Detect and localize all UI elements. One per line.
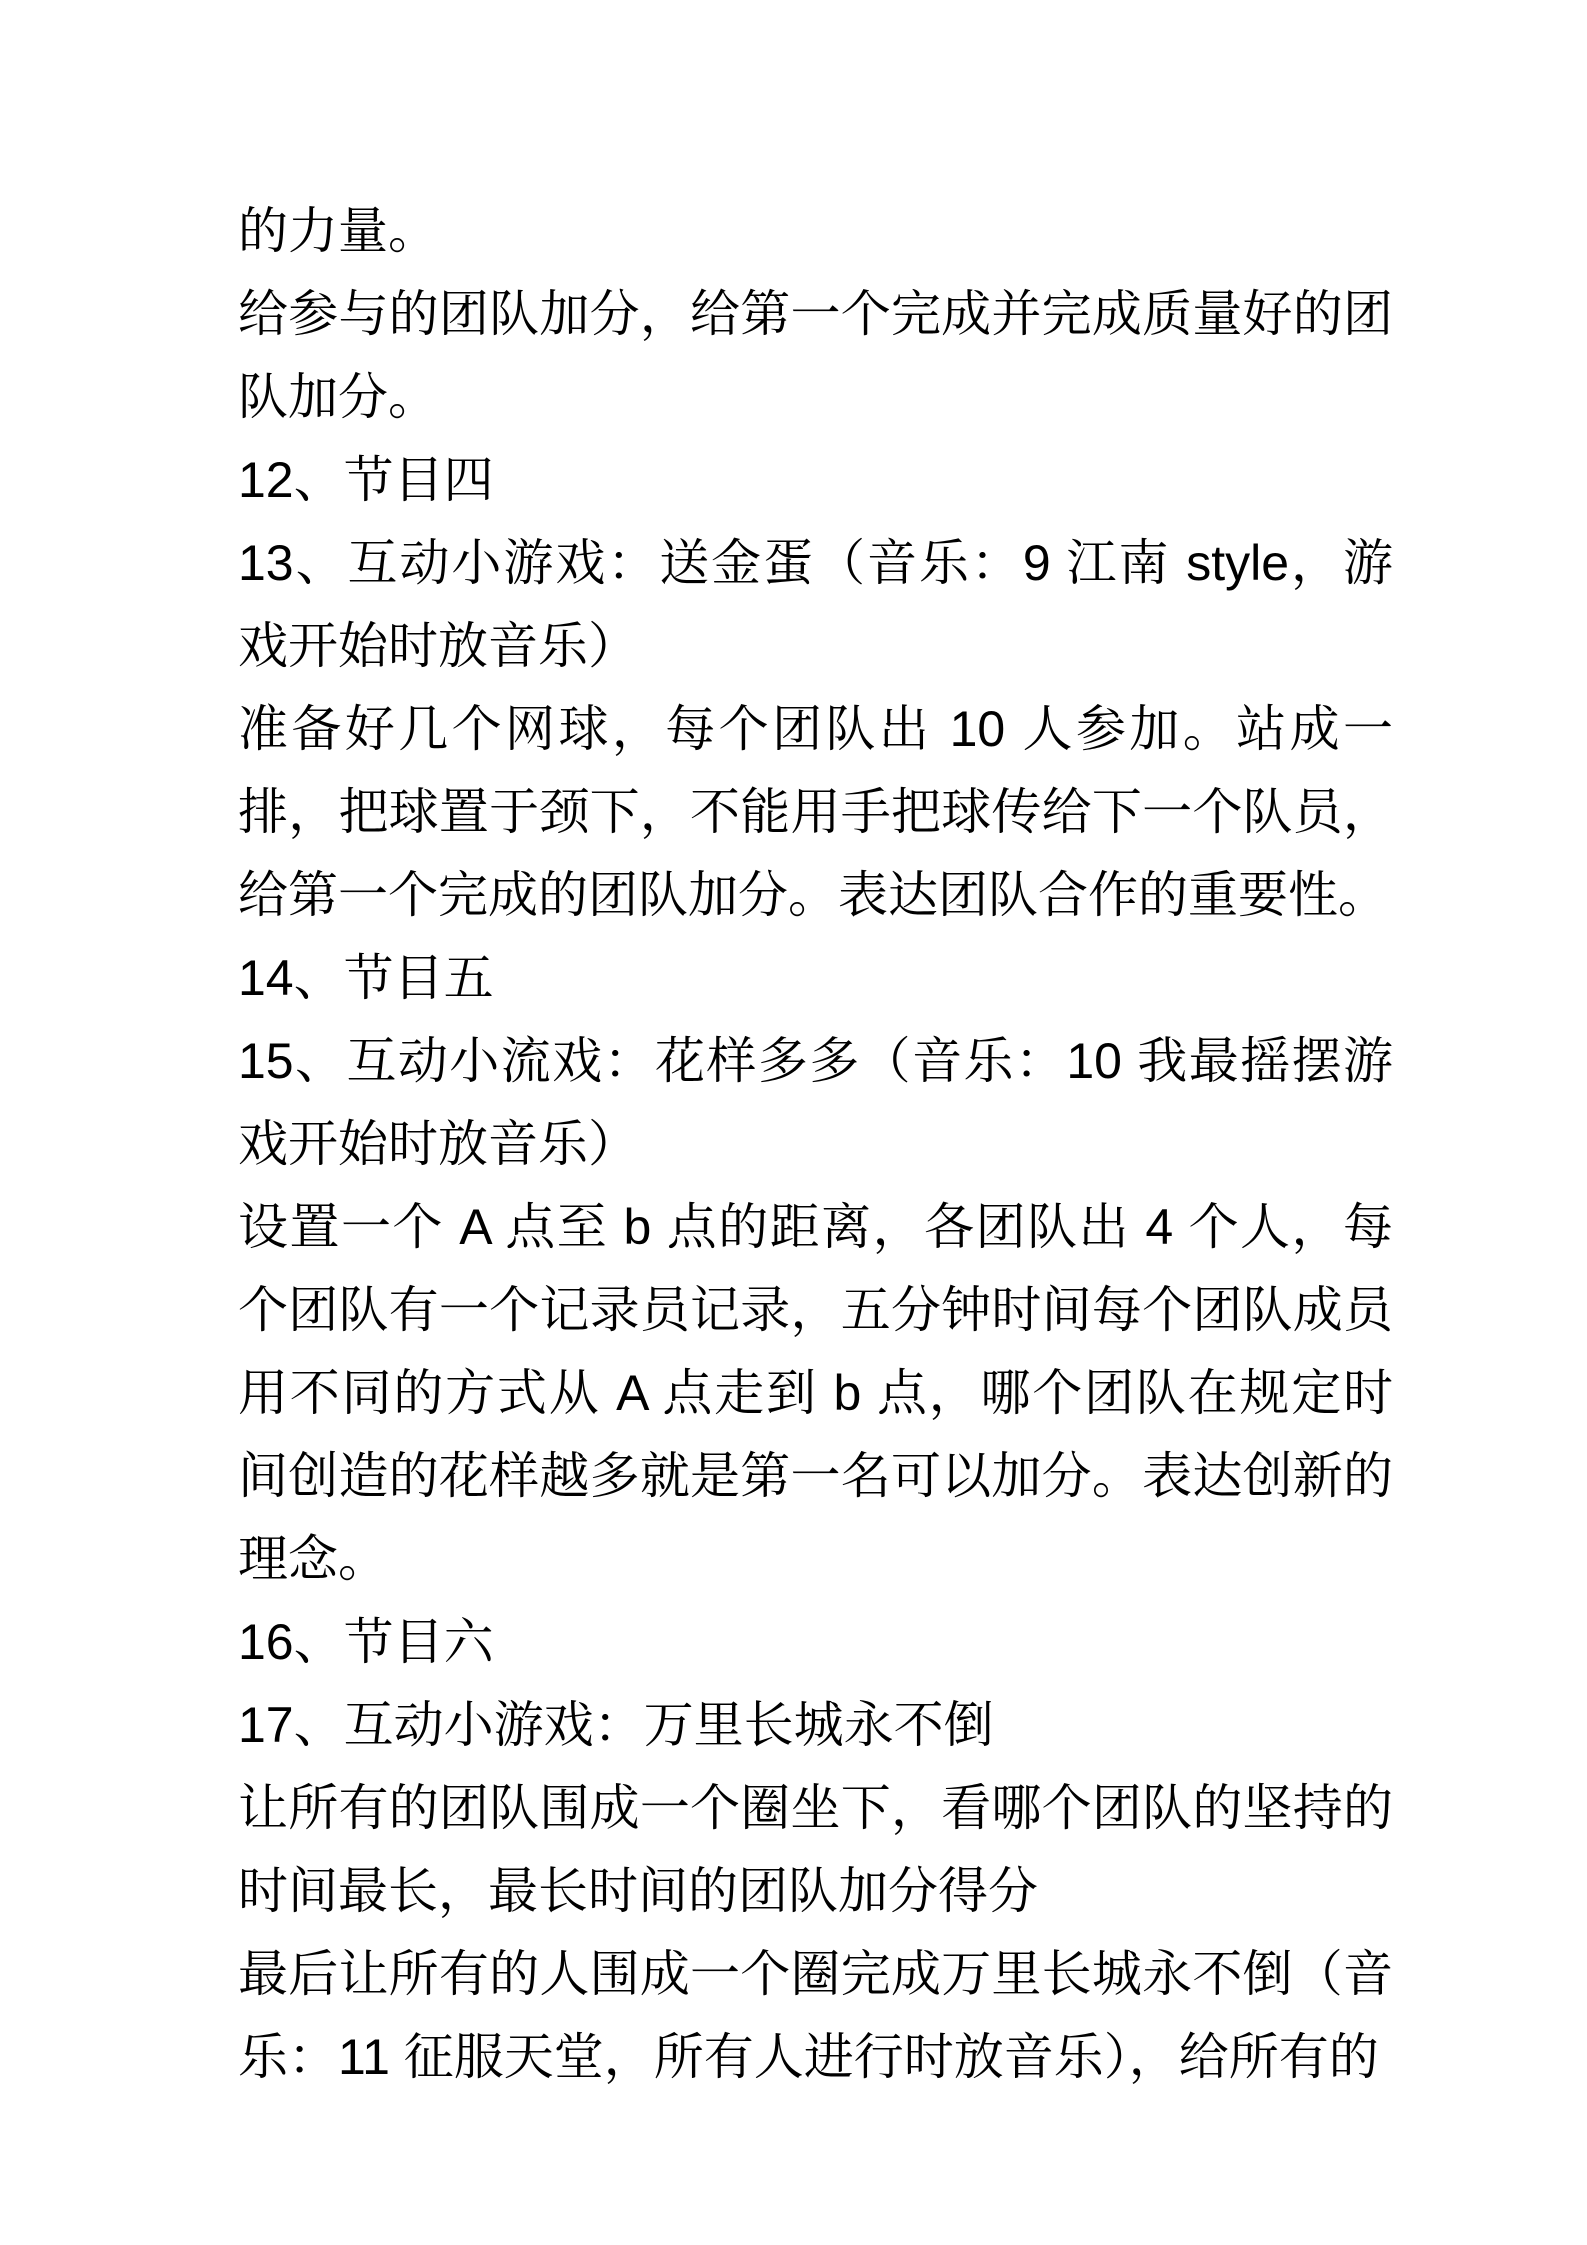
paragraph-list-item: 13、互动小游戏：送金蛋（音乐：9 江南 style，游戏开始时放音乐） [238, 522, 1393, 688]
paragraph: 准备好几个网球，每个团队出 10 人参加。站成一排，把球置于颈下，不能用手把球传… [238, 688, 1393, 937]
paragraph-list-item: 14、节目五 [238, 937, 1393, 1020]
document-text-block: 的力量。 给参与的团队加分，给第一个完成并完成质量好的团队加分。 12、节目四 … [238, 190, 1393, 2099]
paragraph-list-item: 16、节目六 [238, 1601, 1393, 1684]
paragraph-list-item: 17、互动小游戏：万里长城永不倒 [238, 1684, 1393, 1767]
document-page: { "page": { "background_color": "#ffffff… [0, 0, 1587, 2245]
paragraph: 给参与的团队加分，给第一个完成并完成质量好的团队加分。 [238, 273, 1393, 439]
paragraph: 让所有的团队围成一个圈坐下，看哪个团队的坚持的时间最长，最长时间的团队加分得分 [238, 1767, 1393, 1933]
paragraph: 设置一个 A 点至 b 点的距离，各团队出 4 个人，每个团队有一个记录员记录，… [238, 1186, 1393, 1601]
paragraph-list-item: 15、互动小流戏：花样多多（音乐：10 我最摇摆游戏开始时放音乐） [238, 1020, 1393, 1186]
paragraph: 最后让所有的人围成一个圈完成万里长城永不倒（音乐：11 征服天堂，所有人进行时放… [238, 1933, 1393, 2099]
page-background: 的力量。 给参与的团队加分，给第一个完成并完成质量好的团队加分。 12、节目四 … [0, 0, 1587, 2245]
paragraph: 的力量。 [238, 190, 1393, 273]
paragraph-list-item: 12、节目四 [238, 439, 1393, 522]
